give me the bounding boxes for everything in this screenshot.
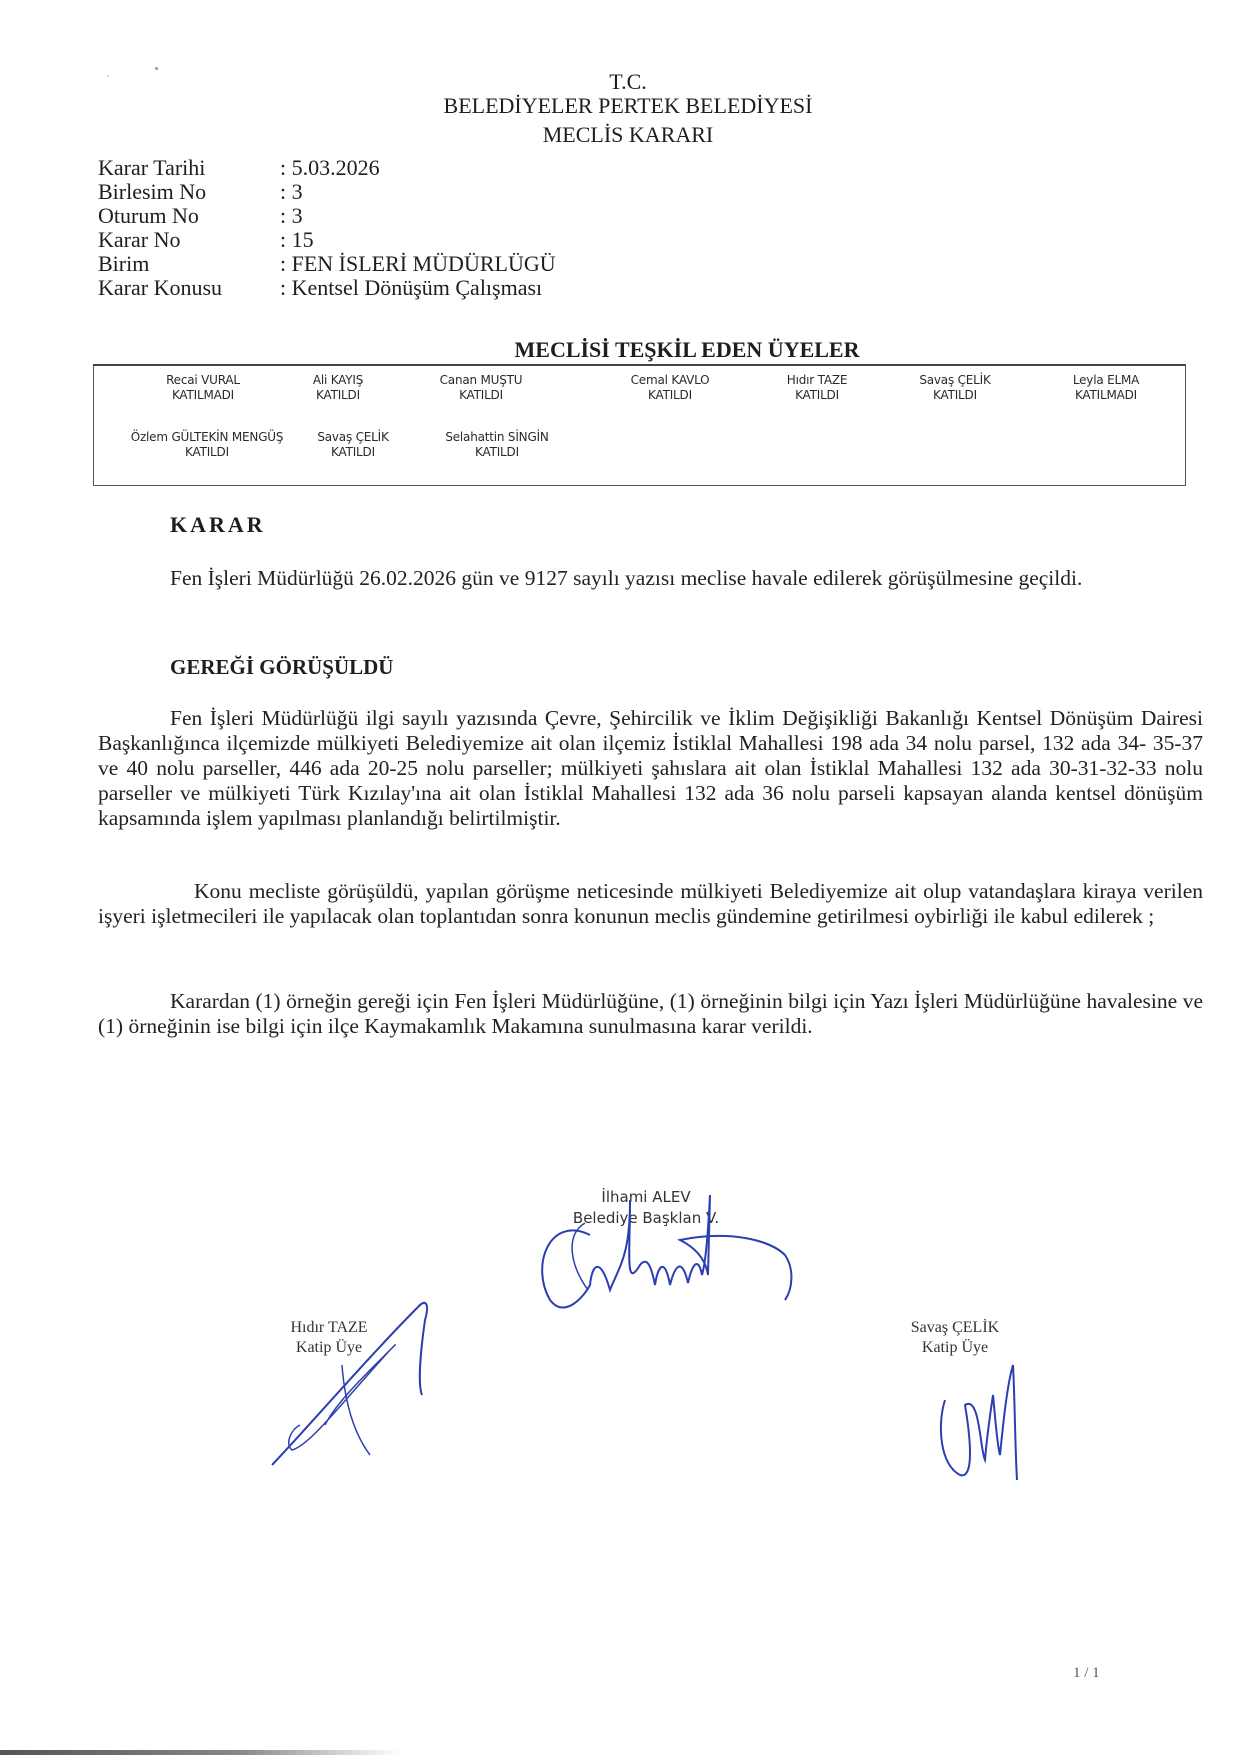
member-status: KATILDI <box>631 388 710 403</box>
member-name: Cemal KAVLO <box>631 373 710 388</box>
member-name: Canan MUŞTU <box>440 373 523 388</box>
mayor-signature-ink <box>530 1195 800 1325</box>
member-entry: Leyla ELMA KATILMADI <box>1073 373 1139 403</box>
member-entry: Canan MUŞTU KATILDI <box>440 373 523 403</box>
member-entry: Savaş ÇELİK KATILDI <box>919 373 990 403</box>
member-status: KATILDI <box>313 388 363 403</box>
decision-intro-paragraph: Fen İşleri Müdürlüğü 26.02.2026 gün ve 9… <box>98 566 1203 591</box>
member-name: Ali KAYIŞ <box>313 373 363 388</box>
header-municipality: BELEDİYELER PERTEK BELEDİYESİ <box>444 94 813 118</box>
member-status: KATILMADI <box>1073 388 1139 403</box>
meta-row-date: Karar Tarihi : 5.03.2026 <box>98 156 556 180</box>
clerk2-signature-block: Savaş ÇELİK Katip Üye <box>911 1318 999 1358</box>
meta-value: : FEN İSLERİ MÜDÜRLÜGÜ <box>280 252 556 276</box>
member-entry: Hıdır TAZE KATILDI <box>787 373 847 403</box>
members-table: Recai VURAL KATILMADI Ali KAYIŞ KATILDI … <box>93 364 1186 486</box>
meta-row-session: Birlesim No : 3 <box>98 180 556 204</box>
meta-value: : 3 <box>280 180 303 204</box>
decision-paragraph: Fen İşleri Müdürlüğü ilgi sayılı yazısın… <box>98 706 1203 831</box>
meta-value: : Kentsel Dönüşüm Çalışması <box>280 276 542 300</box>
signatory-title: Katip Üye <box>911 1338 999 1358</box>
member-status: KATILDI <box>317 445 388 460</box>
member-name: Özlem GÜLTEKİN MENGÜŞ <box>131 430 284 445</box>
member-entry: Cemal KAVLO KATILDI <box>631 373 710 403</box>
meta-label: Oturum No <box>98 204 280 228</box>
header-republic: T.C. <box>609 70 646 94</box>
member-name: Hıdır TAZE <box>787 373 847 388</box>
meta-label: Karar No <box>98 228 280 252</box>
member-status: KATILDI <box>440 388 523 403</box>
clerk1-signature-ink <box>270 1295 450 1485</box>
member-status: KATILDI <box>445 445 548 460</box>
decision-heading: KARAR <box>170 513 266 537</box>
document-title: MECLİS KARARI <box>543 123 714 147</box>
meta-label: Birlesim No <box>98 180 280 204</box>
meta-value: : 3 <box>280 204 303 228</box>
decision-paragraph: Karardan (1) örneğin gereği için Fen İşl… <box>98 989 1203 1039</box>
member-name: Savaş ÇELİK <box>317 430 388 445</box>
decision-meta: Karar Tarihi : 5.03.2026 Birlesim No : 3… <box>98 156 556 300</box>
member-name: Savaş ÇELİK <box>919 373 990 388</box>
member-entry: Ali KAYIŞ KATILDI <box>313 373 363 403</box>
scan-speck <box>155 67 158 70</box>
member-status: KATILDI <box>919 388 990 403</box>
members-title-text: MECLİSİ TEŞKİL EDEN ÜYELER <box>515 338 860 362</box>
meta-row-sitting: Oturum No : 3 <box>98 204 556 228</box>
member-entry: Savaş ÇELİK KATILDI <box>317 430 388 460</box>
page-number: 1 / 1 <box>1073 1665 1100 1682</box>
meta-label: Birim <box>98 252 280 276</box>
scan-speck <box>107 75 109 77</box>
meta-row-decision-no: Karar No : 15 <box>98 228 556 252</box>
meta-row-subject: Karar Konusu : Kentsel Dönüşüm Çalışması <box>98 276 556 300</box>
meta-label: Karar Tarihi <box>98 156 280 180</box>
meta-value: : 15 <box>280 228 314 252</box>
member-name: Recai VURAL <box>166 373 240 388</box>
meta-label: Karar Konusu <box>98 276 280 300</box>
meta-row-unit: Birim : FEN İSLERİ MÜDÜRLÜGÜ <box>98 252 556 276</box>
scan-edge-shadow <box>0 1750 400 1755</box>
decision-paragraph: Konu mecliste görüşüldü, yapılan görüşme… <box>98 879 1203 929</box>
signatory-name: Savaş ÇELİK <box>911 1318 999 1338</box>
member-entry: Recai VURAL KATILMADI <box>166 373 240 403</box>
member-entry: Selahattin SİNGİN KATILDI <box>445 430 548 460</box>
meta-value: : 5.03.2026 <box>280 156 380 180</box>
member-name: Selahattin SİNGİN <box>445 430 548 445</box>
member-status: KATILMADI <box>166 388 240 403</box>
member-status: KATILDI <box>131 445 284 460</box>
decision-document-page: T.C. BELEDİYELER PERTEK BELEDİYESİ MECLİ… <box>0 0 1240 1755</box>
member-name: Leyla ELMA <box>1073 373 1139 388</box>
clerk2-signature-ink <box>935 1365 1025 1485</box>
member-entry: Özlem GÜLTEKİN MENGÜŞ KATILDI <box>131 430 284 460</box>
member-status: KATILDI <box>787 388 847 403</box>
discussion-heading: GEREĞİ GÖRÜŞÜLDÜ <box>170 655 393 679</box>
